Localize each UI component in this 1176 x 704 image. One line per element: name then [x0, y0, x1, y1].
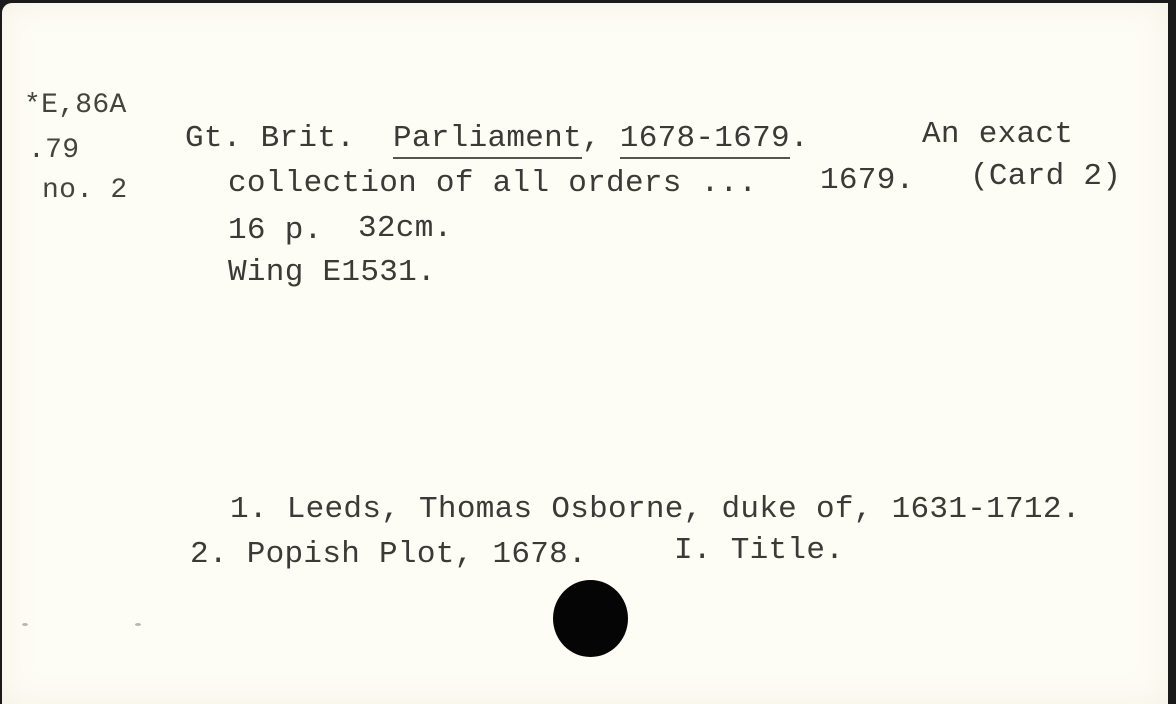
- call-number-line-2: .79: [28, 137, 79, 165]
- author-end: .: [790, 121, 809, 156]
- collation-pages: 16 p.: [228, 215, 323, 246]
- call-number-line-1: *E,86A: [24, 92, 127, 120]
- publication-date: 1679.: [820, 165, 915, 196]
- collation-size: 32cm.: [358, 213, 453, 244]
- author-dates: 1678-1679: [620, 121, 790, 159]
- wing-reference: Wing E1531.: [228, 257, 436, 288]
- tracing-line-2-subject: 2. Popish Plot, 1678.: [190, 539, 587, 570]
- main-heading: Gt. Brit. Parliament, 1678-1679.: [185, 123, 809, 154]
- paper-speck: [22, 623, 28, 626]
- title-start: An exact: [922, 119, 1073, 150]
- punch-hole: [553, 580, 628, 657]
- author-separator: ,: [582, 121, 601, 156]
- catalog-card: *E,86A .79 no. 2 Gt. Brit. Parliament, 1…: [2, 3, 1168, 704]
- card-number: (Card 2): [970, 161, 1121, 192]
- tracing-line-1: 1. Leeds, Thomas Osborne, duke of, 1631-…: [230, 494, 1081, 525]
- paper-speck: [135, 623, 141, 626]
- author-body: Parliament: [393, 121, 582, 159]
- title-continuation: collection of all orders ...: [228, 168, 757, 199]
- author-prefix: Gt. Brit.: [185, 121, 355, 156]
- call-number-line-3: no. 2: [42, 177, 128, 205]
- tracing-line-2-title: I. Title.: [674, 535, 844, 566]
